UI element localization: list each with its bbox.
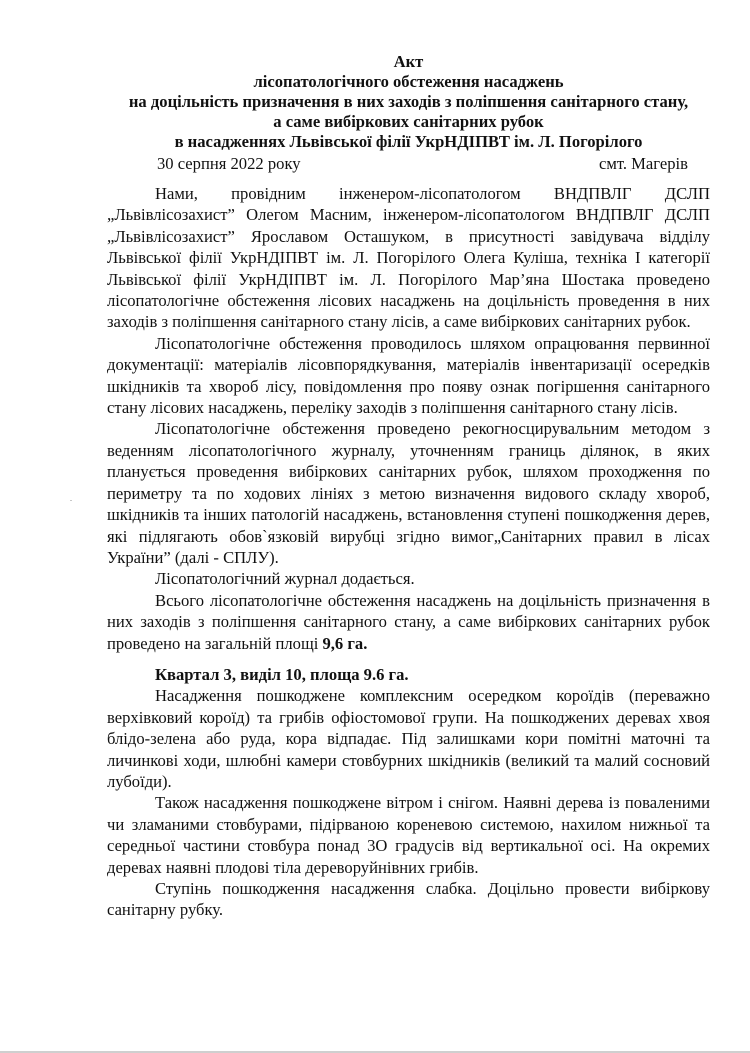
title-act: Акт xyxy=(97,52,720,72)
paragraph-method-recon: Лісопатологічне обстеження проведено рек… xyxy=(107,418,710,568)
section-paragraph-damage: Насадження пошкоджене комплексним осеред… xyxy=(107,685,710,792)
section-paragraph-conclusion: Ступінь пошкодження насадження слабка. Д… xyxy=(107,878,710,921)
document-page: Акт лісопатологічного обстеження насадже… xyxy=(107,52,710,921)
title-location: в насадженнях Львівської філії УкрНДІПВТ… xyxy=(97,132,720,152)
title-purpose: на доцільність призначення в них заходів… xyxy=(97,92,720,112)
paragraph-commission: Нами, провідним інженером-лісопатологом … xyxy=(107,183,710,333)
scan-speck xyxy=(70,500,72,501)
section-heading-quarter: Квартал 3, виділ 10, площа 9.6 га. xyxy=(107,664,710,685)
total-area-text: Всього лісопатологічне обстеження насадж… xyxy=(107,591,710,653)
document-date: 30 серпня 2022 року xyxy=(157,154,301,174)
total-area-value: 9,6 га. xyxy=(322,634,367,653)
title-scope: а саме вибіркових санітарних рубок xyxy=(97,112,720,132)
paragraph-journal: Лісопатологічний журнал додається. xyxy=(107,568,710,589)
document-place: смт. Магерів xyxy=(599,154,688,174)
title-subject: лісопатологічного обстеження насаджень xyxy=(97,72,720,92)
document-title: Акт лісопатологічного обстеження насадже… xyxy=(97,52,720,152)
date-place-row: 30 серпня 2022 року смт. Магерів xyxy=(107,154,710,174)
paragraph-total-area: Всього лісопатологічне обстеження насадж… xyxy=(107,590,710,654)
paragraph-method-documents: Лісопатологічне обстеження проводилось ш… xyxy=(107,333,710,419)
section-paragraph-wind-snow: Також насадження пошкоджене вітром і сні… xyxy=(107,792,710,878)
